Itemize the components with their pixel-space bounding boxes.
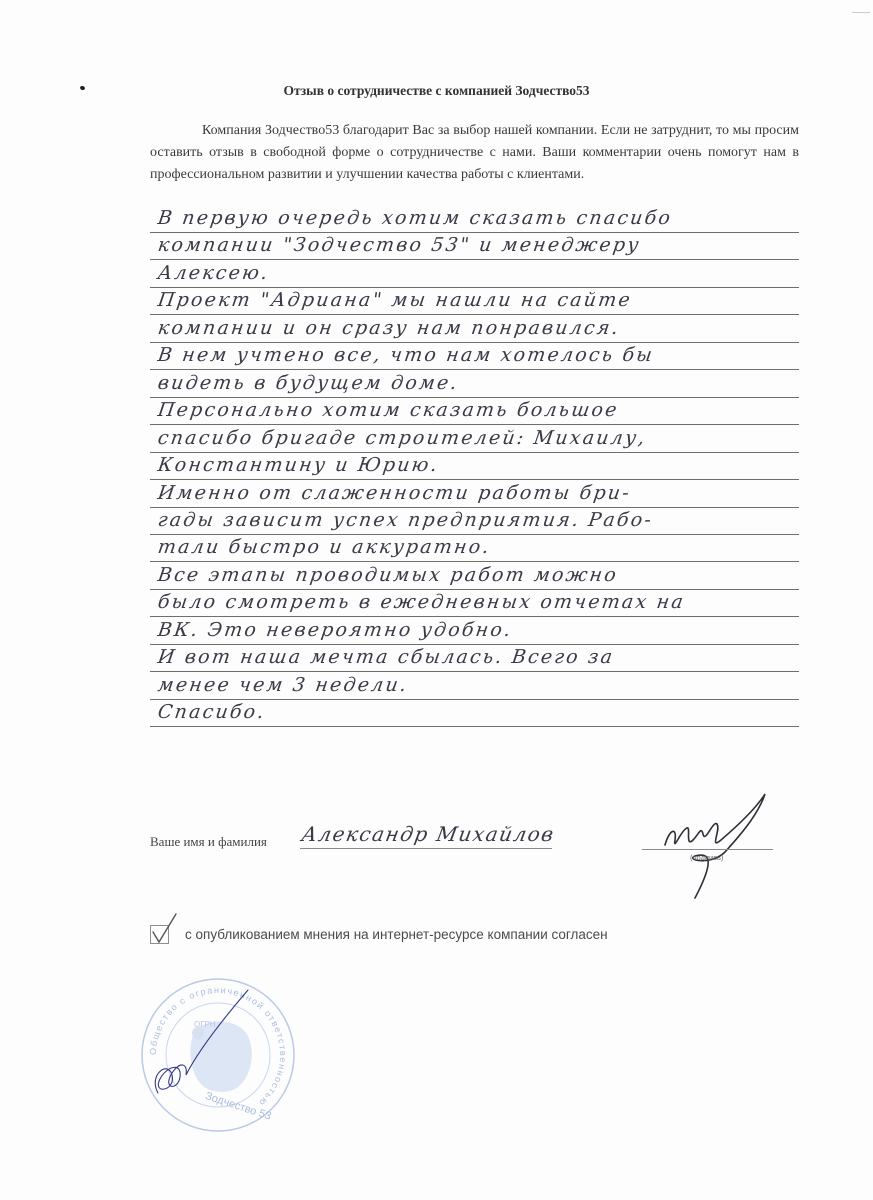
review-line: Алексею. [156, 262, 270, 284]
review-line: было смотреть в ежедневных отчетах на [156, 591, 686, 613]
review-line: компании и он сразу нам понравился. [156, 317, 621, 339]
review-line: ВК. Это невероятно удобно. [156, 619, 513, 641]
bear-icon [190, 1021, 251, 1091]
signature-underline [642, 849, 773, 850]
review-line: В первую очередь хотим сказать спасибо [156, 207, 673, 229]
consent-label: с опубликованием мнения на интернет-ресу… [185, 927, 608, 942]
review-line: менее чем 3 недели. [156, 674, 409, 696]
review-line: компании "Зодчество 53" и менеджеру [156, 234, 642, 256]
review-line: спасибо бригаде строителей: Михаилу, [156, 427, 648, 449]
checkmark-icon [150, 912, 178, 944]
review-line: Все этапы проводимых работ можно [156, 564, 619, 586]
company-stamp: Общество с ограниченной ответственностью… [138, 975, 298, 1135]
consent-checkbox[interactable] [150, 925, 169, 944]
name-field-value[interactable]: Александр Михайлов [300, 822, 557, 846]
name-label: Ваше имя и фамилия [150, 834, 267, 850]
review-line: Именно от слаженности работы бри- [156, 482, 632, 504]
review-line: Персонально хотим сказать большое [156, 399, 620, 421]
review-line: гады зависит успех предприятия. Рабо- [156, 509, 654, 531]
review-line: Спасибо. [156, 701, 267, 723]
name-underline [300, 848, 552, 849]
document-page: Отзыв о сотрудничестве с компанией Зодче… [0, 0, 873, 1200]
review-line: И вот наша мечта сбылась. Всего за [156, 646, 615, 668]
consent-row: с опубликованием мнения на интернет-ресу… [150, 925, 608, 944]
review-line: тали быстро и аккуратно. [156, 536, 492, 558]
handwritten-review: В первую очередь хотим сказать спасибоко… [0, 0, 873, 1200]
review-line: Константину и Юрию. [156, 454, 440, 476]
review-line: видеть в будущем доме. [156, 372, 460, 394]
signature-mark [655, 790, 775, 900]
review-line: Проект "Адриана" мы нашли на сайте [156, 289, 633, 311]
signature-caption: (подпись) [690, 853, 723, 862]
review-line: В нем учтено все, что нам хотелось бы [156, 344, 655, 366]
stamp-ogrn: ОГРН [194, 1020, 216, 1029]
